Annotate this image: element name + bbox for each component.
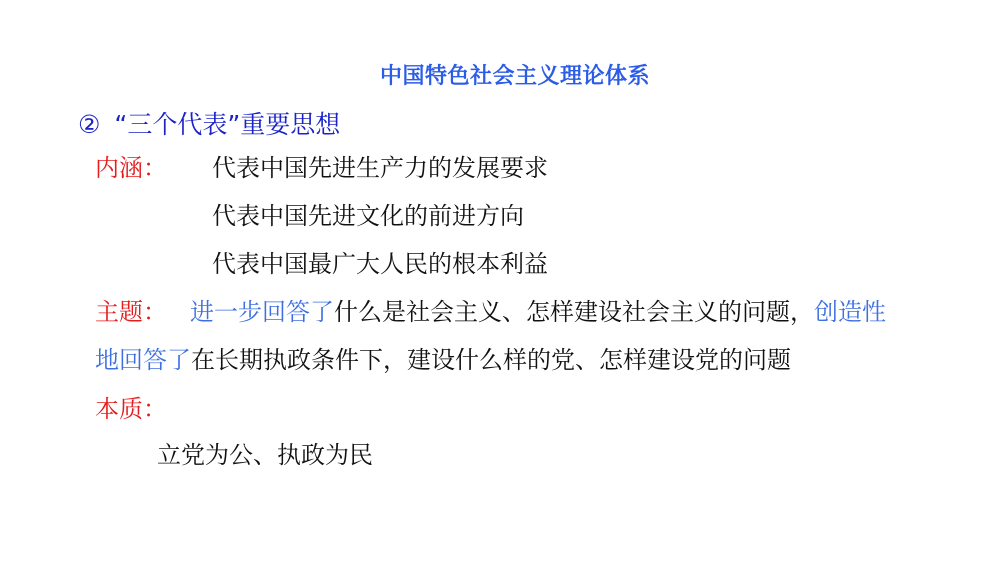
connotation-row-3: 代表中国最广大人民的根本利益 <box>212 246 548 282</box>
theme-highlight-1: 进一步回答了 <box>190 298 334 326</box>
theme-highlight-3: 地回答了 <box>95 346 191 374</box>
section-subheading: ② “三个代表”重要思想 <box>78 106 340 144</box>
slide: 中国特色社会主义理论体系 ② “三个代表”重要思想 内涵：代表中国先进生产力的发… <box>0 0 1000 562</box>
theme-highlight-2: 创造性 <box>814 298 886 326</box>
essence-text: 立党为公、执政为民 <box>157 441 373 469</box>
connotation-item-1: 代表中国先进生产力的发展要求 <box>212 154 548 182</box>
subheading-text: “三个代表”重要思想 <box>114 110 340 139</box>
circled-number-marker: ② <box>78 110 100 139</box>
connotation-row-1: 内涵：代表中国先进生产力的发展要求 <box>95 150 548 186</box>
theme-row-1: 主题：进一步回答了什么是社会主义、怎样建设社会主义的问题，创造性 <box>95 294 886 330</box>
theme-row-2: 地回答了在长期执政条件下，建设什么样的党、怎样建设党的问题 <box>95 342 791 378</box>
essence-row: 立党为公、执政为民 <box>157 437 373 473</box>
theme-text-1: 什么是社会主义、怎样建设社会主义的问题， <box>334 298 814 326</box>
connotation-item-3: 代表中国最广大人民的根本利益 <box>212 250 548 278</box>
slide-title-text: 中国特色社会主义理论体系 <box>350 64 650 89</box>
connotation-item-2: 代表中国先进文化的前进方向 <box>212 202 524 230</box>
essence-label: 本质： <box>95 395 167 423</box>
connotation-row-2: 代表中国先进文化的前进方向 <box>212 198 524 234</box>
essence-label-row: 本质： <box>95 391 167 427</box>
connotation-label: 内涵： <box>95 150 212 186</box>
theme-text-2: 在长期执政条件下，建设什么样的党、怎样建设党的问题 <box>191 346 791 374</box>
theme-label: 主题： <box>95 294 190 330</box>
slide-title: 中国特色社会主义理论体系 <box>0 60 1000 94</box>
